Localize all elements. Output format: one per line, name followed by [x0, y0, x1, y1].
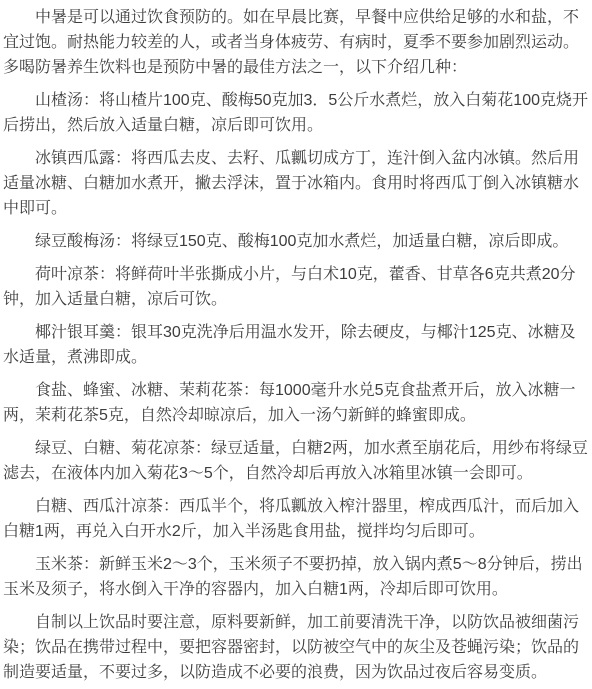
paragraph-lvdou-suanmei: 绿豆酸梅汤：将绿豆150克、酸梅100克加水煮烂，加适量白糖，凉后即成。: [3, 229, 589, 254]
paragraph-xiguazhi-liangcha: 白糖、西瓜汁凉茶：西瓜半个，将瓜瓤放入榨汁器里，榨成西瓜汁，而后加入白糖1两，再…: [3, 494, 589, 544]
paragraph-shanzha-tang: 山楂汤：将山楂片100克、酸梅50克加3．5公斤水煮烂，放入白菊花100克烧开后…: [3, 88, 589, 138]
document-body: 中暑是可以通过饮食预防的。如在早晨比赛，早餐中应供给足够的水和盐，不宜过饱。耐热…: [0, 0, 592, 689]
paragraph-intro: 中暑是可以通过饮食预防的。如在早晨比赛，早餐中应供给足够的水和盐，不宜过饱。耐热…: [3, 5, 589, 80]
paragraph-moli-huacha: 食盐、蜂蜜、冰糖、茉莉花茶：每1000毫升水兑5克食盐煮开后，放入冰糖一两，茉莉…: [3, 378, 589, 428]
paragraph-safety-notes: 自制以上饮品时要注意，原料要新鲜，加工前要清洗干净，以防饮品被细菌污染；饮品在携…: [3, 610, 589, 685]
paragraph-heye-liangcha: 荷叶凉茶：将鲜荷叶半张撕成小片，与白术10克，藿香、甘草各6克共煮20分钟，加入…: [3, 262, 589, 312]
paragraph-xigua-lu: 冰镇西瓜露：将西瓜去皮、去籽、瓜瓤切成方丁，连汁倒入盆内冰镇。然后用适量冰糖、白…: [3, 146, 589, 221]
paragraph-yezhi-yiner: 椰汁银耳羹：银耳30克洗净后用温水发开，除去硬皮，与椰汁125克、冰糖及水适量，…: [3, 320, 589, 370]
paragraph-juhua-liangcha: 绿豆、白糖、菊花凉茶：绿豆适量，白糖2两，加水煮至崩花后，用纱布将绿豆滤去，在液…: [3, 436, 589, 486]
paragraph-yumi-cha: 玉米茶：新鲜玉米2～3个，玉米须子不要扔掉，放入锅内煮5～8分钟后，捞出玉米及须…: [3, 552, 589, 602]
